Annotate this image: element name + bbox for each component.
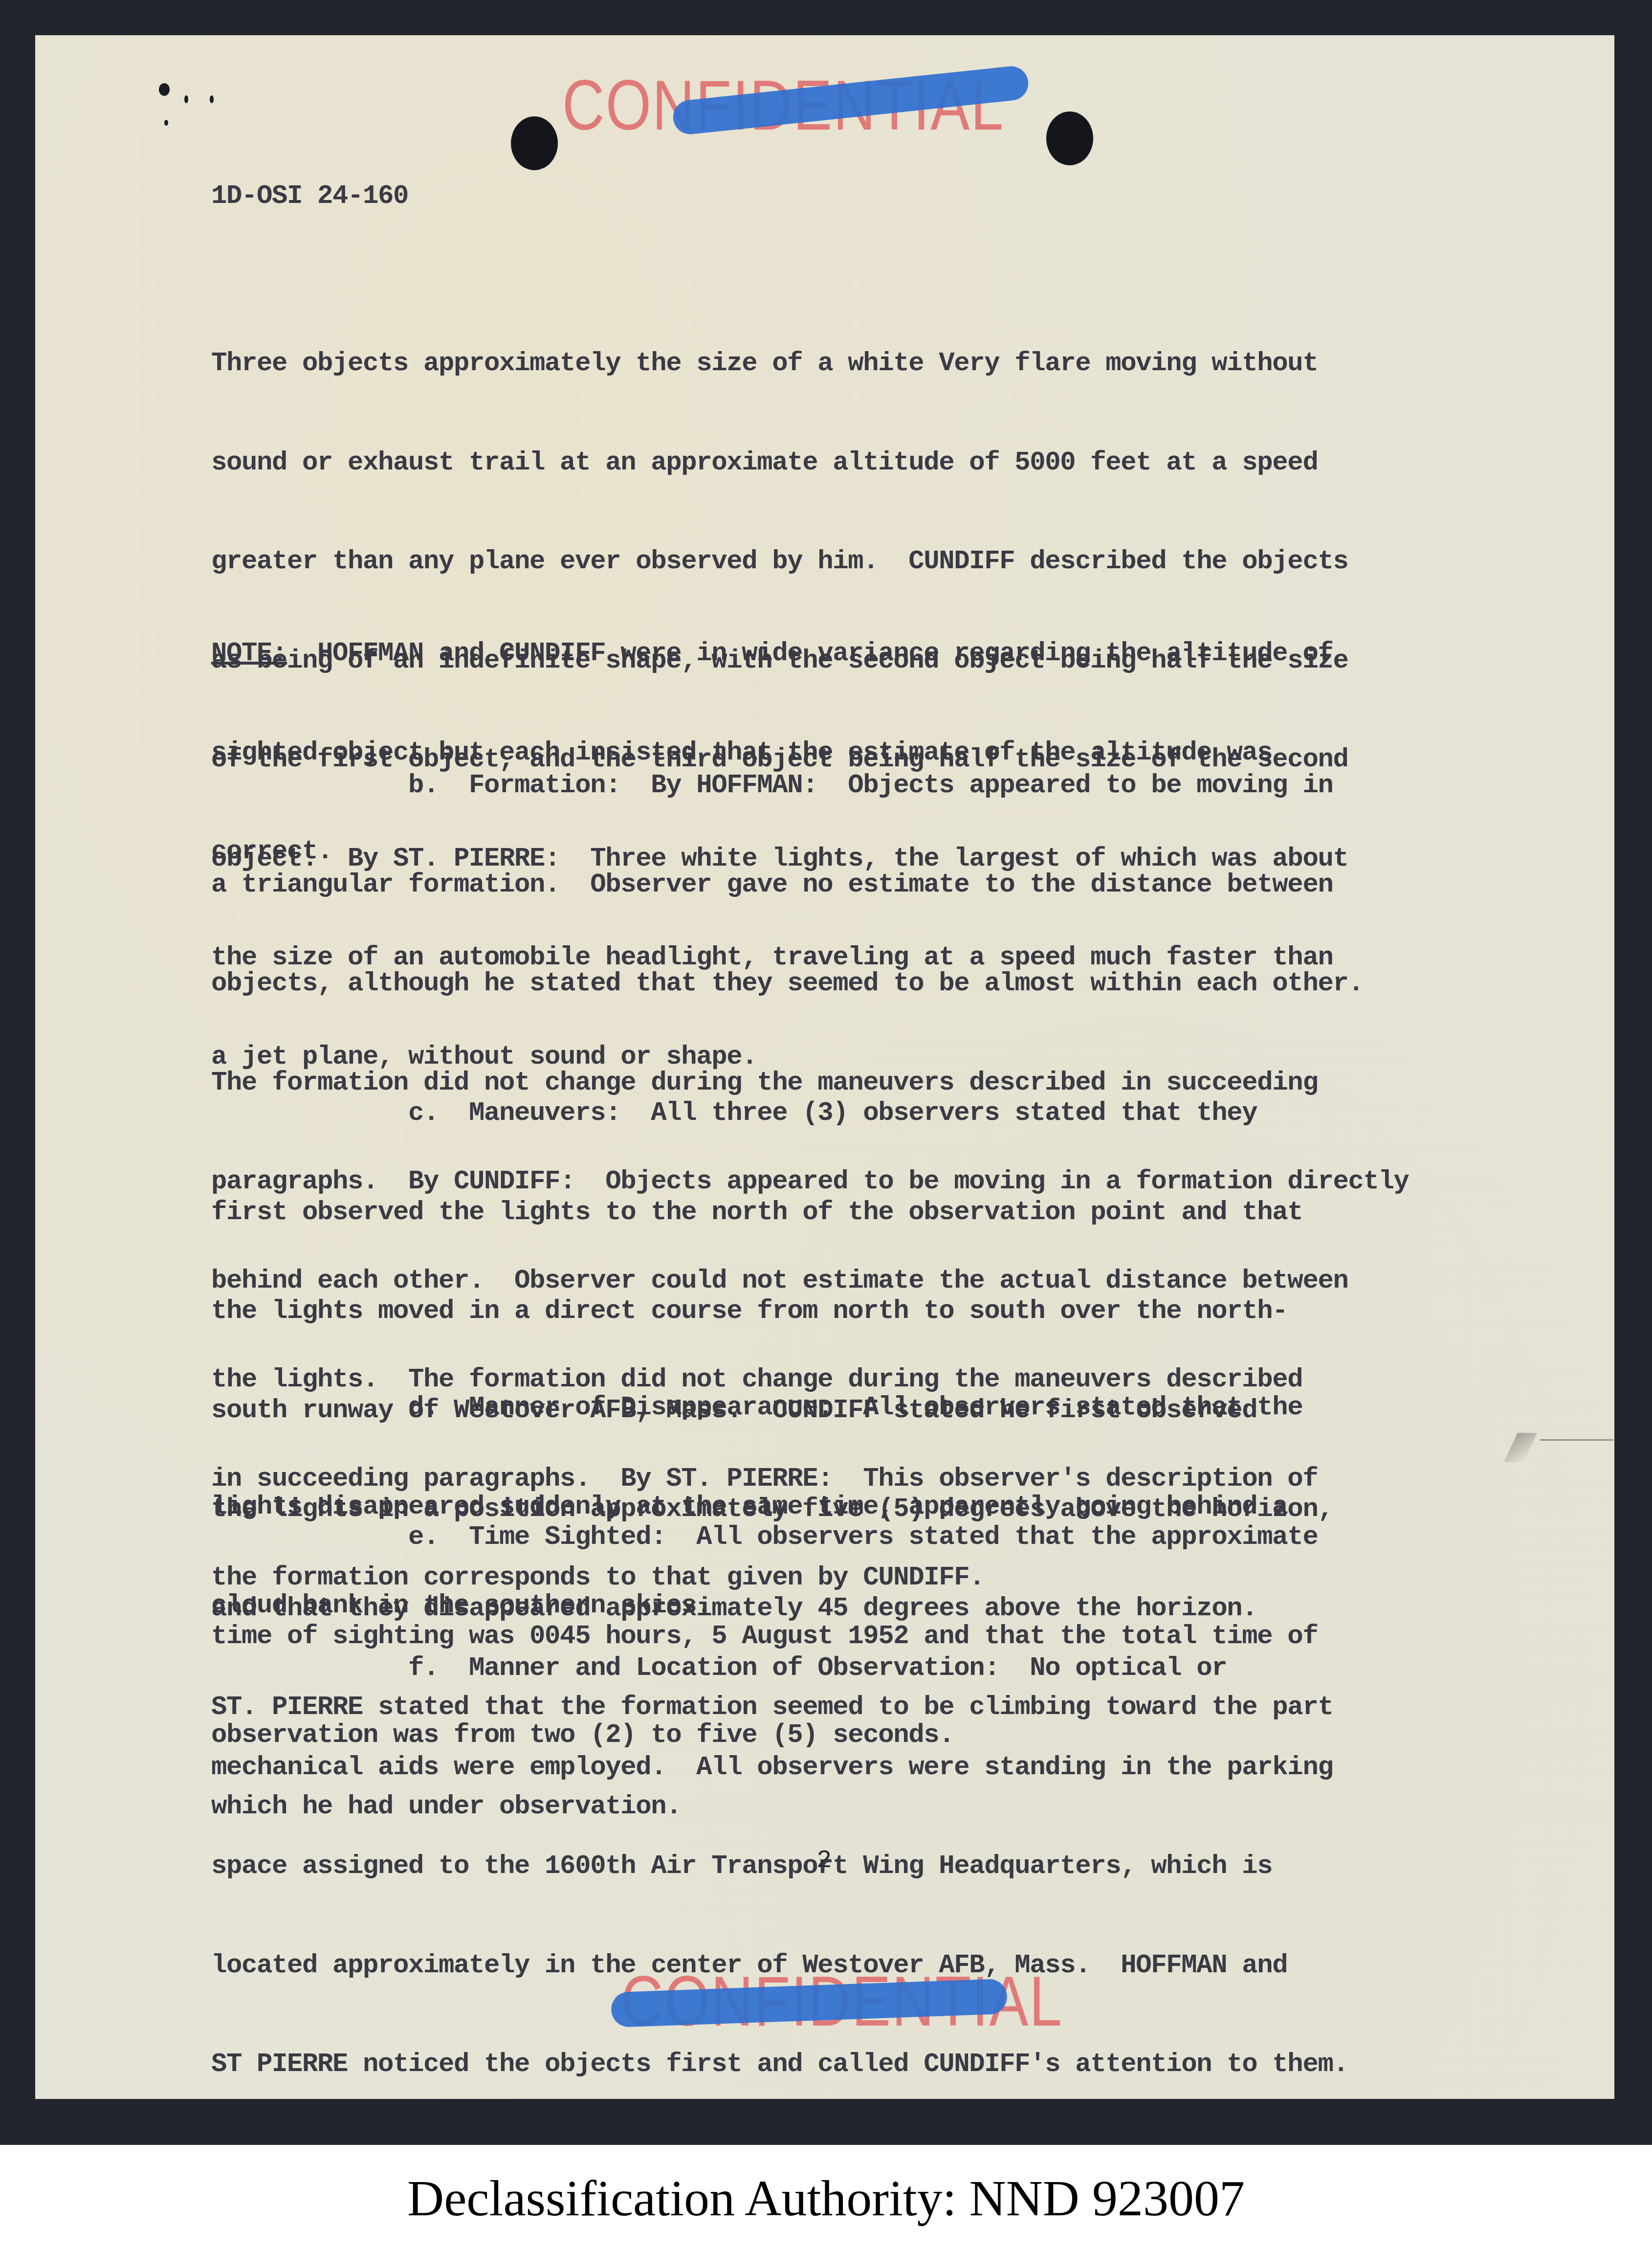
text-line: space assigned to the 1600th Air Transpo… [211, 1850, 1348, 1883]
file-reference: 1D-OSI 24-160 [211, 180, 408, 213]
punch-hole-left [511, 116, 558, 170]
paper-speck [164, 120, 168, 126]
text-line: objects, although he stated that they se… [211, 967, 1409, 1001]
note-label: NOTE: [211, 639, 287, 669]
punch-hole-right [1046, 111, 1093, 165]
text-line: mechanical aids were employed. All obser… [211, 1751, 1348, 1784]
text-line: ST PIERRE noticed the objects first and … [211, 2048, 1348, 2081]
text-line: NOTE: HOFFMAN and CUNDIFF were in wide v… [211, 637, 1333, 670]
text-line: sound or exhaust trail at an approximate… [211, 446, 1348, 480]
text-line: e. Time Sighted: All observers stated th… [211, 1521, 1318, 1554]
text-line: Three objects approximately the size of … [211, 347, 1348, 380]
text-line: d. Manner of Disappearance: All observer… [211, 1391, 1302, 1425]
page-number: 2 [816, 1846, 832, 1875]
note-text: HOFFMAN and CUNDIFF were in wide varianc… [287, 639, 1333, 669]
paper-speck [159, 83, 170, 96]
text-line: a triangular formation. Observer gave no… [211, 869, 1409, 902]
text-line: b. Formation: By HOFFMAN: Objects appear… [211, 769, 1409, 803]
text-line: f. Manner and Location of Observation: N… [211, 1652, 1348, 1685]
text-line: first observed the lights to the north o… [211, 1196, 1333, 1229]
text-line: c. Maneuvers: All three (3) observers st… [211, 1097, 1333, 1130]
declassification-caption: Declassification Authority: NND 923007 [0, 2145, 1652, 2252]
paper-speck [210, 95, 214, 103]
paper-speck [184, 95, 188, 103]
text-line: the lights moved in a direct course from… [211, 1295, 1333, 1328]
paper-tear-edge [1540, 1439, 1613, 1441]
